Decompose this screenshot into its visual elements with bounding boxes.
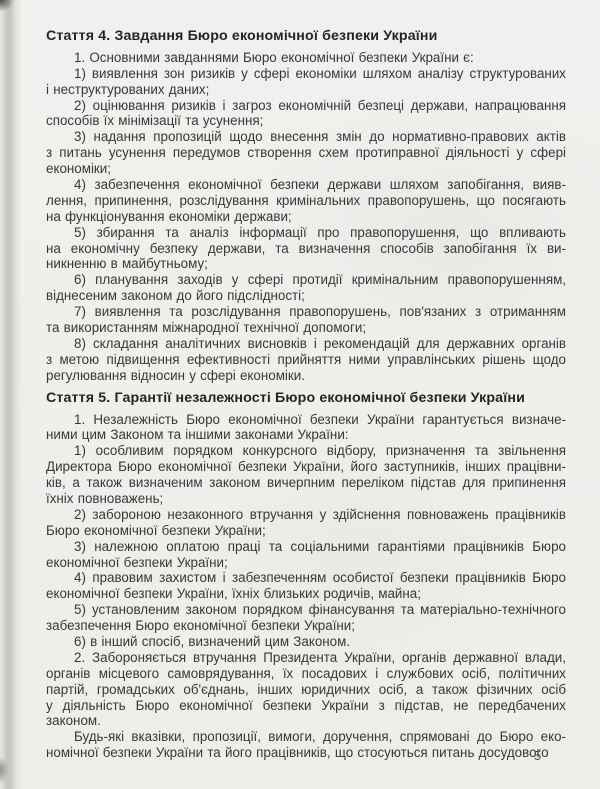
text-line: регулювання відносин у сфері економіки.: [46, 368, 566, 384]
scanned-document-page: Стаття 4. Завдання Бюро економічної безп…: [0, 0, 600, 789]
paragraph: 5) установленим законом порядком фінансу…: [46, 602, 566, 634]
text-line: 3) належною оплатою праці та соціальними…: [46, 539, 566, 555]
text-line: економіки;: [46, 161, 566, 177]
paragraph: 1) виявлення зон ризиків у сфері економі…: [46, 66, 566, 98]
text-line: 3) надання пропозицій щодо внесення змін…: [46, 129, 566, 145]
scan-corner-mark-top-left: [0, 0, 14, 12]
text-line: ків, а також визначеним законом вичерпни…: [46, 475, 566, 491]
text-line: і неструктурованих даних;: [46, 82, 566, 98]
text-line: 1. Незалежність Бюро економічної безпеки…: [46, 412, 566, 428]
text-line: 1. Основними завданнями Бюро економічної…: [46, 50, 566, 66]
text-line: 6) в інший спосіб, визначений цим Законо…: [46, 634, 566, 650]
text-line: никненню в майбутньому;: [46, 256, 566, 272]
text-line: лення, припинення, розслідування криміна…: [46, 193, 566, 209]
section-heading: Стаття 4. Завдання Бюро економічної безп…: [46, 29, 566, 45]
text-line: номічної безпеки України та його працівн…: [46, 745, 566, 761]
page-left-edge-shadow: [0, 0, 22, 789]
paragraph: 6) в інший спосіб, визначений цим Законо…: [46, 634, 566, 650]
text-line: 4) правовим захистом і забезпеченням осо…: [46, 570, 566, 586]
paragraph: 2. Забороняється втручання Президента Ук…: [46, 650, 566, 729]
text-line: їхніх повноважень;: [46, 491, 566, 507]
scan-corner-mark-bottom-left: [0, 757, 8, 783]
text-line: 4) забезпечення економічної безпеки держ…: [46, 177, 566, 193]
page-number: 5: [534, 748, 541, 763]
law-article-section: Стаття 4. Завдання Бюро економічної безп…: [46, 29, 566, 384]
text-line: віднесеним законом до його підслідності;: [46, 288, 566, 304]
paragraph: 8) складання аналітичних висновків і рек…: [46, 336, 566, 384]
text-line: 2) забороною незаконного втручання у зді…: [46, 507, 566, 523]
paragraph: 3) належною оплатою праці та соціальними…: [46, 539, 566, 571]
text-line: Директора Бюро економічної безпеки Украї…: [46, 459, 566, 475]
text-line: у діяльність Бюро економічної безпеки Ук…: [46, 698, 566, 714]
text-line: законом.: [46, 713, 566, 729]
text-line: Бюро економічної безпеки України;: [46, 523, 566, 539]
text-line: економічної безпеки України;: [46, 555, 566, 571]
text-line: 2. Забороняється втручання Президента Ук…: [46, 650, 566, 666]
text-line: 7) виявлення та розслідування правопоруш…: [46, 304, 566, 320]
paragraph: 1. Основними завданнями Бюро економічної…: [46, 50, 566, 66]
paragraph: 7) виявлення та розслідування правопоруш…: [46, 304, 566, 336]
text-line: на економічну безпеку держави, та визнач…: [46, 241, 566, 257]
text-line: 5) збирання та аналіз інформації про пра…: [46, 225, 566, 241]
paragraph: Будь-які вказівки, пропозиції, вимоги, д…: [46, 729, 566, 761]
page-body: Стаття 4. Завдання Бюро економічної безп…: [46, 29, 566, 761]
text-line: з метою підвищення ефективності прийнятт…: [46, 352, 566, 368]
text-line: забезпечення Бюро економічної безпеки Ук…: [46, 618, 566, 634]
text-line: 2) оцінювання ризиків і загроз економічн…: [46, 98, 566, 114]
text-line: 6) планування заходів у сфері протидії к…: [46, 272, 566, 288]
text-line: та використанням міжнародної технічної д…: [46, 320, 566, 336]
text-line: 5) установленим законом порядком фінансу…: [46, 602, 566, 618]
paragraph: 6) планування заходів у сфері протидії к…: [46, 272, 566, 304]
paragraph: 3) надання пропозицій щодо внесення змін…: [46, 129, 566, 177]
paragraph: 4) забезпечення економічної безпеки держ…: [46, 177, 566, 225]
text-line: Будь-які вказівки, пропозиції, вимоги, д…: [46, 729, 566, 745]
paragraph: 2) оцінювання ризиків і загроз економічн…: [46, 98, 566, 130]
paragraph: 4) правовим захистом і забезпеченням осо…: [46, 570, 566, 602]
text-line: економічної безпеки України, їхніх близь…: [46, 586, 566, 602]
law-article-section: Стаття 5. Гарантії незалежності Бюро еко…: [46, 391, 566, 762]
text-line: 8) складання аналітичних висновків і рек…: [46, 336, 566, 352]
text-line: 1) особливим порядком конкурсного відбор…: [46, 443, 566, 459]
text-line: на функціонування економіки держави;: [46, 209, 566, 225]
text-line: способів їх мінімізації та усунення;: [46, 113, 566, 129]
text-line: з питань усунення передумов створення сх…: [46, 145, 566, 161]
paragraph: 2) забороною незаконного втручання у зді…: [46, 507, 566, 539]
paragraph: 1. Незалежність Бюро економічної безпеки…: [46, 412, 566, 444]
text-line: партій, громадських об'єднань, інших юри…: [46, 682, 566, 698]
paragraph: 5) збирання та аналіз інформації про пра…: [46, 225, 566, 273]
paragraph: 1) особливим порядком конкурсного відбор…: [46, 443, 566, 507]
text-line: 1) виявлення зон ризиків у сфері економі…: [46, 66, 566, 82]
text-line: ними цим Законом та іншими законами Укра…: [46, 427, 566, 443]
text-line: органів місцевого самоврядування, їх пос…: [46, 666, 566, 682]
section-heading: Стаття 5. Гарантії незалежності Бюро еко…: [46, 391, 566, 407]
